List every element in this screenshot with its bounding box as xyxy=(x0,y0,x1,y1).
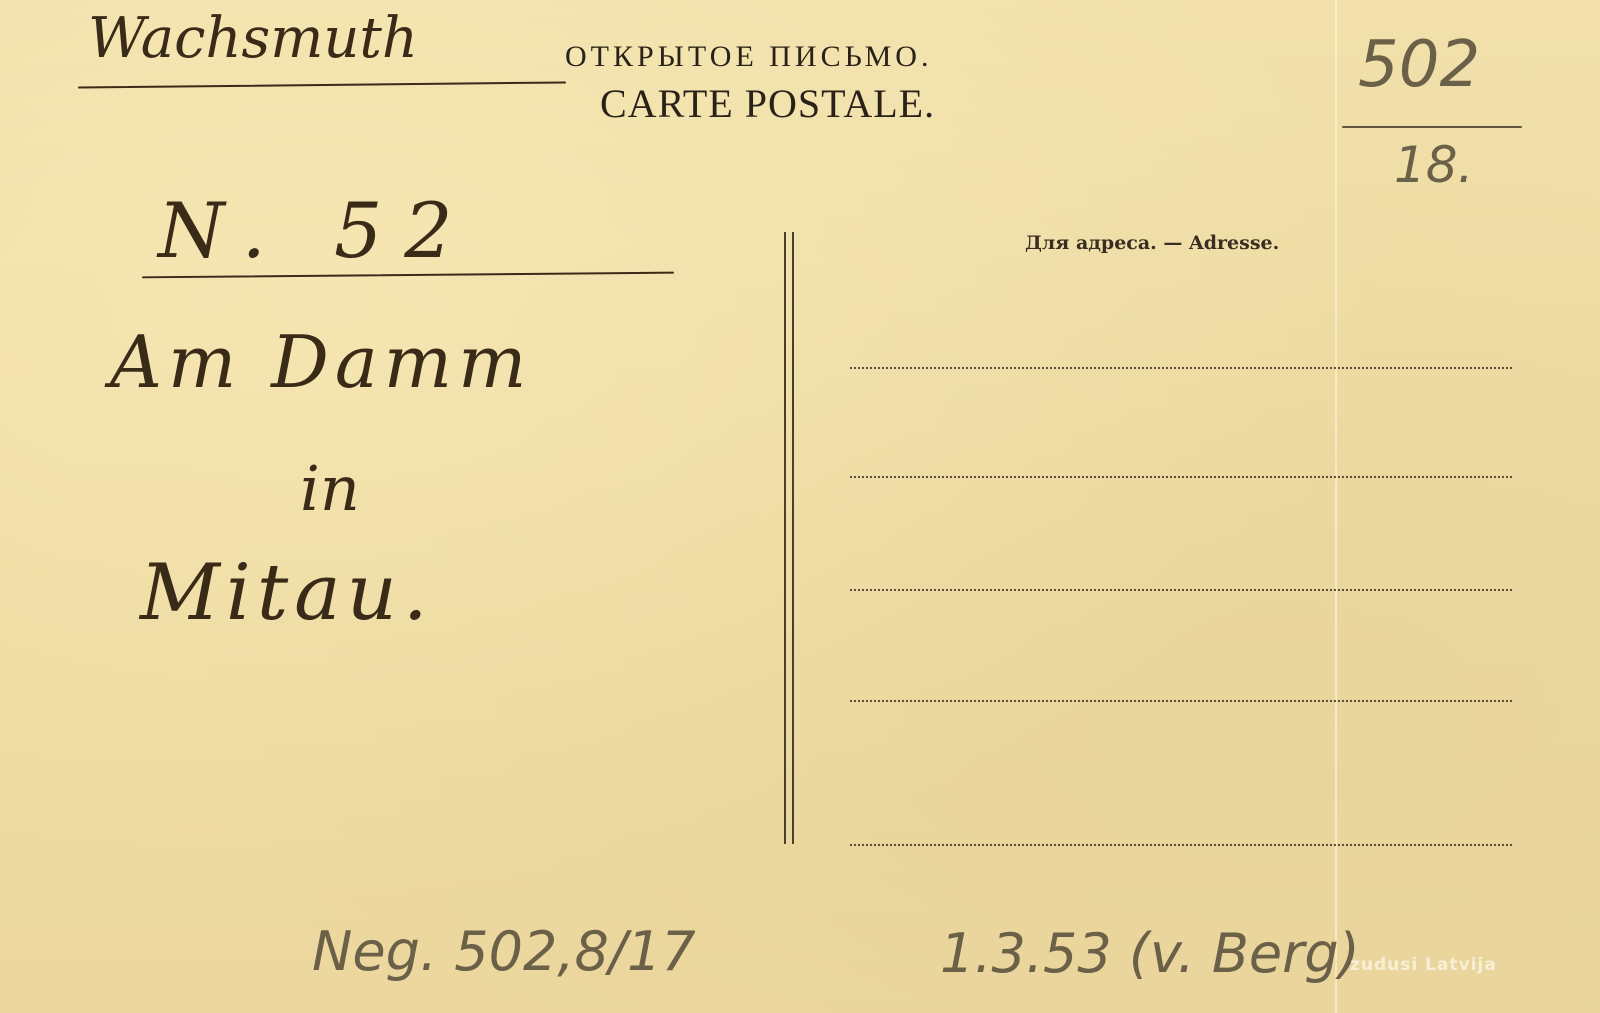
name-underline xyxy=(78,81,566,88)
watermark: zudusi Latvija xyxy=(1350,955,1497,975)
fraction-bar xyxy=(1342,126,1522,128)
postcard-back: Wachsmuth ОТКРЫТОЕ ПИСЬМО. CARTE POSTALE… xyxy=(0,0,1600,1013)
message-line-1: Am Damm xyxy=(110,320,532,404)
archive-number-top: 502 xyxy=(1358,28,1480,102)
header-french: CARTE POSTALE. xyxy=(600,80,935,127)
address-line-1 xyxy=(850,367,1512,369)
address-line-3 xyxy=(850,589,1512,591)
archive-number-bottom: 18. xyxy=(1394,136,1474,194)
divider-line-right xyxy=(792,232,794,844)
paper-fold-crease xyxy=(1335,0,1337,1013)
pencil-note-date: 1.3.53 (v. Berg) xyxy=(940,922,1360,985)
handwritten-name: Wachsmuth xyxy=(88,6,418,71)
message-line-2: in xyxy=(300,452,360,525)
address-line-2 xyxy=(850,476,1512,478)
divider-line-left xyxy=(784,232,786,844)
header-russian: ОТКРЫТОЕ ПИСЬМО. xyxy=(565,40,932,74)
pencil-note-negative: Neg. 502,8/17 xyxy=(312,920,696,983)
address-label: Для адреса. — Adresse. xyxy=(1025,232,1279,254)
address-line-5 xyxy=(850,844,1512,846)
message-line-3: Mitau. xyxy=(140,548,434,638)
handwritten-number: N. 52 xyxy=(158,186,475,275)
address-line-4 xyxy=(850,700,1512,702)
